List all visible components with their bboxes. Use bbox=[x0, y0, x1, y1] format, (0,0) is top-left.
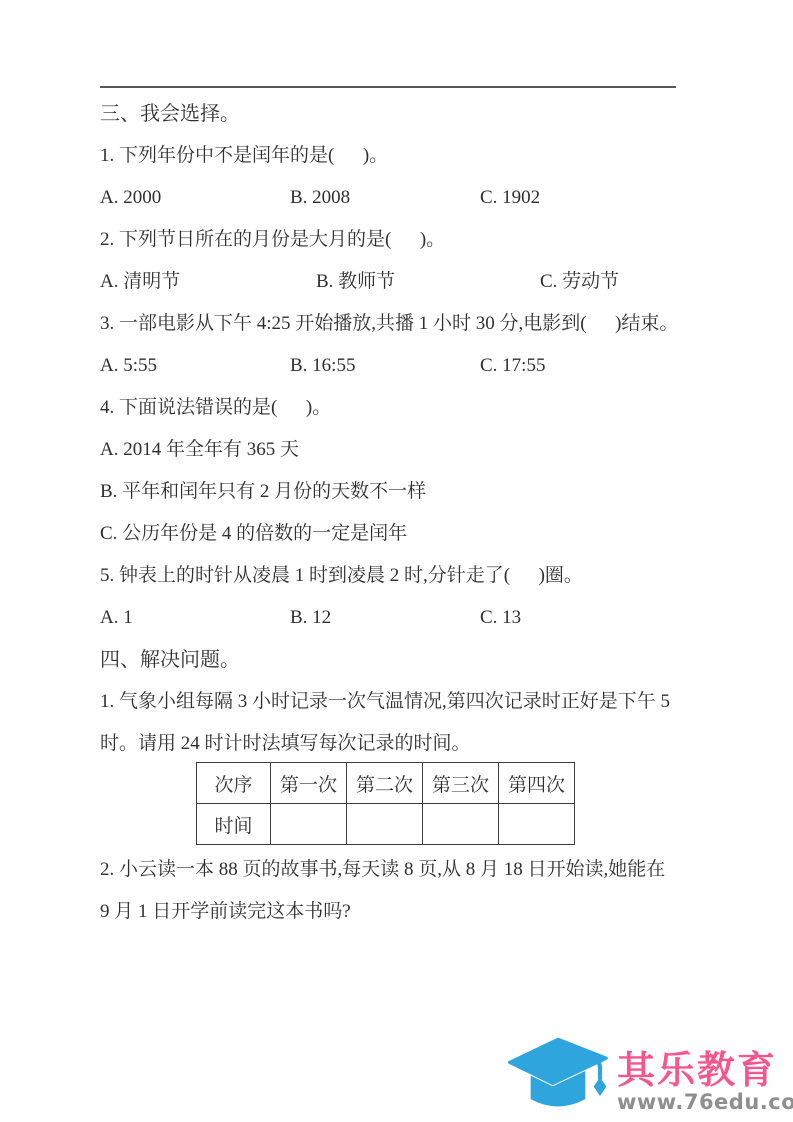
option-c: C. 13 bbox=[480, 597, 686, 639]
question-3-options: A. 5:55 B. 16:55 C. 17:55 bbox=[100, 345, 686, 387]
option-c: C. 1902 bbox=[480, 177, 686, 219]
brand-website: www.76edu.com bbox=[617, 1091, 793, 1114]
question-2-stem: 2. 下列节日所在的月份是大月的是( )。 bbox=[100, 219, 686, 261]
worksheet-page: { "page": { "background": "#ffffff", "te… bbox=[0, 0, 793, 1122]
option-a: A. 清明节 bbox=[100, 261, 316, 303]
question-3-stem: 3. 一部电影从下午 4:25 开始播放,共播 1 小时 30 分,电影到( )… bbox=[100, 303, 686, 345]
option-b: B. 12 bbox=[290, 597, 480, 639]
answer-cell-second bbox=[347, 804, 423, 845]
table-row-label: 时间 bbox=[197, 804, 271, 845]
option-a: A. 2000 bbox=[100, 177, 290, 219]
table-header-fourth: 第四次 bbox=[499, 763, 575, 804]
problem-2-text-line-1: 2. 小云读一本 88 页的故事书,每天读 8 页,从 8 月 18 日开始读,… bbox=[100, 849, 686, 891]
answer-cell-first bbox=[271, 804, 347, 845]
option-a: A. 5:55 bbox=[100, 345, 290, 387]
question-4-option-b: B. 平年和闰年只有 2 月份的天数不一样 bbox=[100, 471, 686, 513]
answer-cell-third bbox=[423, 804, 499, 845]
graduation-cap-icon bbox=[503, 1034, 615, 1116]
record-time-table: 次序 第一次 第二次 第三次 第四次 时间 bbox=[196, 762, 575, 845]
question-5-stem: 5. 钟表上的时针从凌晨 1 时到凌晨 2 时,分针走了( )圈。 bbox=[100, 555, 686, 597]
brand-text-block: 其乐教育 www.76edu.com bbox=[617, 1050, 793, 1116]
table-header-order: 次序 bbox=[197, 763, 271, 804]
question-5-options: A. 1 B. 12 C. 13 bbox=[100, 597, 686, 639]
table-header-first: 第一次 bbox=[271, 763, 347, 804]
answer-cell-fourth bbox=[499, 804, 575, 845]
question-4-option-c: C. 公历年份是 4 的倍数的一定是闰年 bbox=[100, 513, 686, 555]
question-4-stem: 4. 下面说法错误的是( )。 bbox=[100, 387, 686, 429]
option-c: C. 17:55 bbox=[480, 345, 686, 387]
brand-logo: 其乐教育 www.76edu.com bbox=[503, 1034, 793, 1116]
option-b: B. 教师节 bbox=[316, 261, 540, 303]
brand-name: 其乐教育 bbox=[617, 1050, 793, 1091]
section-4-heading: 四、解决问题。 bbox=[100, 639, 686, 681]
table-header-row: 次序 第一次 第二次 第三次 第四次 bbox=[197, 763, 575, 804]
section-3-heading: 三、我会选择。 bbox=[100, 93, 686, 135]
question-2-options: A. 清明节 B. 教师节 C. 劳动节 bbox=[100, 261, 686, 303]
problem-1-text-line-2: 时。请用 24 时计时法填写每次记录的时间。 bbox=[100, 723, 686, 765]
question-4-option-a: A. 2014 年全年有 365 天 bbox=[100, 429, 686, 471]
option-b: B. 16:55 bbox=[290, 345, 480, 387]
option-b: B. 2008 bbox=[290, 177, 480, 219]
question-1-options: A. 2000 B. 2008 C. 1902 bbox=[100, 177, 686, 219]
option-a: A. 1 bbox=[100, 597, 290, 639]
worksheet-body: 三、我会选择。 1. 下列年份中不是闰年的是( )。 A. 2000 B. 20… bbox=[100, 86, 686, 933]
option-c: C. 劳动节 bbox=[540, 261, 686, 303]
section-divider-line bbox=[100, 86, 676, 88]
table-answer-row: 时间 bbox=[197, 804, 575, 845]
table-header-second: 第二次 bbox=[347, 763, 423, 804]
question-1-stem: 1. 下列年份中不是闰年的是( )。 bbox=[100, 135, 686, 177]
table-header-third: 第三次 bbox=[423, 763, 499, 804]
problem-1-text-line-1: 1. 气象小组每隔 3 小时记录一次气温情况,第四次记录时正好是下午 5 bbox=[100, 681, 686, 723]
problem-2-text-line-2: 9 月 1 日开学前读完这本书吗? bbox=[100, 891, 686, 933]
